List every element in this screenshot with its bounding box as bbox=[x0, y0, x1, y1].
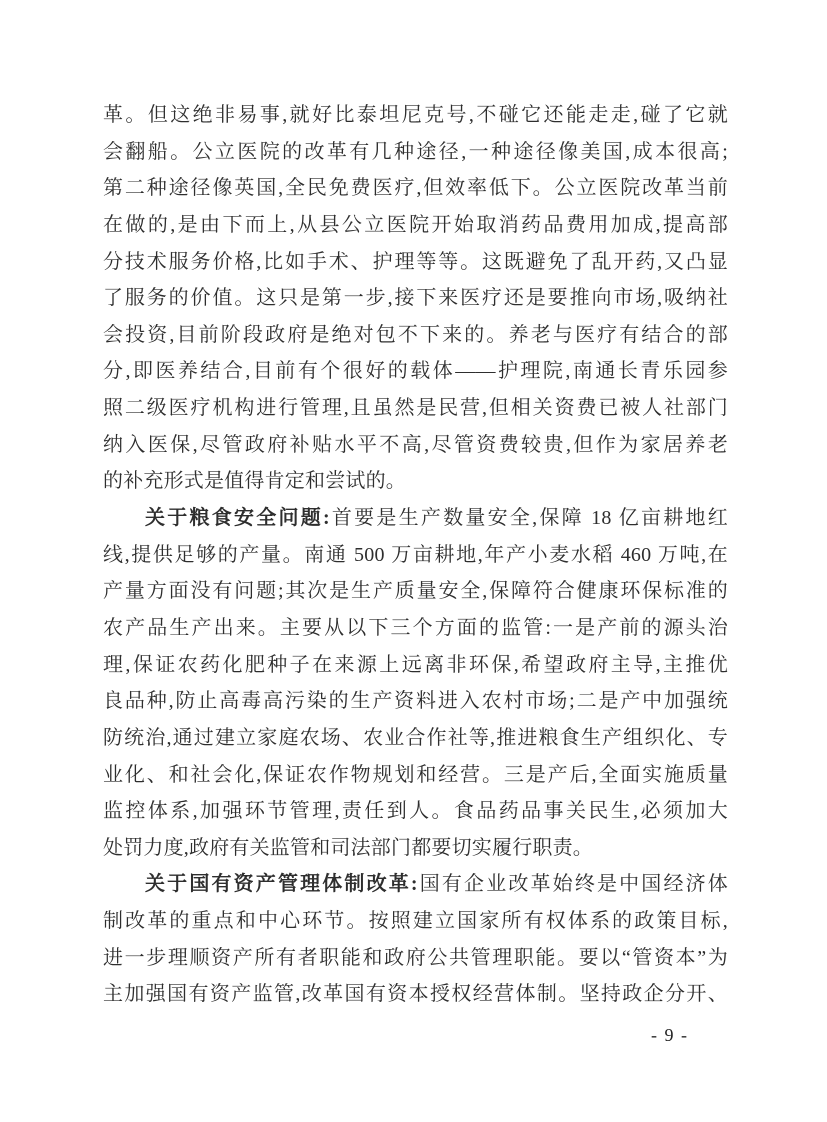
line-text: 第二种途径像英国,全民免费医疗,但效率低下。公立医院改革当前 bbox=[103, 177, 728, 199]
text-line: 照二级医疗机构进行管理,且虽然是民营,但相关资费已被人社部门 bbox=[103, 390, 728, 427]
text-line: 了服务的价值。这只是第一步,接下来医疗还是要推向市场,吸纳社 bbox=[103, 280, 728, 317]
text-line: 分,即医养结合,目前有个很好的载体——护理院,南通长青乐园参 bbox=[103, 353, 728, 390]
text-line: 革。但这绝非易事,就好比泰坦尼克号,不碰它还能走走,碰了它就 bbox=[103, 97, 728, 134]
line-text: 会投资,目前阶段政府是绝对包不下来的。养老与医疗有结合的部 bbox=[103, 324, 728, 346]
line-text: 的补充形式是值得肯定和尝试的。 bbox=[103, 470, 406, 492]
text-line: 进一步理顺资产所有者职能和政府公共管理职能。要以“管资本”为 bbox=[103, 940, 728, 977]
text-line: 良品种,防止高毒高污染的生产资料进入农村市场;二是产中加强统 bbox=[103, 683, 728, 720]
line-text: 监控体系,加强环节管理,责任到人。食品药品事关民生,必须加大 bbox=[103, 800, 728, 822]
line-text: 在做的,是由下而上,从县公立医院开始取消药品费用加成,提高部 bbox=[103, 214, 728, 236]
text-line: 监控体系,加强环节管理,责任到人。食品药品事关民生,必须加大 bbox=[103, 793, 728, 830]
text-line: 会翻船。公立医院的改革有几种途径,一种途径像美国,成本很高; bbox=[103, 134, 728, 171]
text-line: 产量方面没有问题;其次是生产质量安全,保障符合健康环保标准的 bbox=[103, 573, 728, 610]
paragraph-last-line: 处罚力度,政府有关监管和司法部门都要切实履行职责。 bbox=[103, 830, 728, 867]
line-text: 理,保证农药化肥种子在来源上远离非环保,希望政府主导,主推优 bbox=[103, 654, 728, 676]
text-line: 农产品生产出来。主要从以下三个方面的监管:一是产前的源头治 bbox=[103, 610, 728, 647]
line-text: 产量方面没有问题;其次是生产质量安全,保障符合健康环保标准的 bbox=[103, 580, 728, 602]
line-text: 农产品生产出来。主要从以下三个方面的监管:一是产前的源头治 bbox=[103, 617, 728, 639]
document-page: 革。但这绝非易事,就好比泰坦尼克号,不碰它还能走走,碰了它就 会翻船。公立医院的… bbox=[0, 0, 827, 1122]
text-line: 在做的,是由下而上,从县公立医院开始取消药品费用加成,提高部 bbox=[103, 207, 728, 244]
line-text: 线,提供足够的产量。南通 500 万亩耕地,年产小麦水稻 460 万吨,在 bbox=[103, 544, 728, 566]
line-text: 良品种,防止高毒高污染的生产资料进入农村市场;二是产中加强统 bbox=[103, 690, 728, 712]
text-line: 第二种途径像英国,全民免费医疗,但效率低下。公立医院改革当前 bbox=[103, 170, 728, 207]
text-line: 线,提供足够的产量。南通 500 万亩耕地,年产小麦水稻 460 万吨,在 bbox=[103, 537, 728, 574]
line-text: 业化、和社会化,保证农作物规划和经营。三是产后,全面实施质量 bbox=[103, 764, 728, 786]
text-line: 制改革的重点和中心环节。按照建立国家所有权体系的政策目标, bbox=[103, 903, 728, 940]
page-number: - 9 - bbox=[651, 1025, 689, 1046]
text-line: 业化、和社会化,保证农作物规划和经营。三是产后,全面实施质量 bbox=[103, 757, 728, 794]
paragraph-heading: 关于粮食安全问题: bbox=[145, 507, 330, 529]
paragraph-start-line: 关于国有资产管理体制改革:国有企业改革始终是中国经济体 bbox=[103, 866, 728, 903]
line-text: 处罚力度,政府有关监管和司法部门都要切实履行职责。 bbox=[103, 837, 593, 859]
text-line: 纳入医保,尽管政府补贴水平不高,尽管资费较贵,但作为家居养老 bbox=[103, 427, 728, 464]
text-line: 理,保证农药化肥种子在来源上远离非环保,希望政府主导,主推优 bbox=[103, 647, 728, 684]
line-text: 会翻船。公立医院的改革有几种途径,一种途径像美国,成本很高; bbox=[103, 141, 728, 163]
line-text: 分技术服务价格,比如手术、护理等等。这既避免了乱开药,又凸显 bbox=[103, 251, 728, 273]
paragraph-heading: 关于国有资产管理体制改革: bbox=[145, 873, 418, 895]
line-text: 进一步理顺资产所有者职能和政府公共管理职能。要以“管资本”为 bbox=[103, 947, 728, 969]
line-text: 照二级医疗机构进行管理,且虽然是民营,但相关资费已被人社部门 bbox=[103, 397, 728, 419]
line-text: 主加强国有资产监管,改革国有资本授权经营体制。坚持政企分开、 bbox=[103, 983, 728, 1005]
line-text: 分,即医养结合,目前有个很好的载体——护理院,南通长青乐园参 bbox=[103, 360, 728, 382]
line-text: 国有企业改革始终是中国经济体 bbox=[418, 873, 728, 895]
text-line: 防统治,通过建立家庭农场、农业合作社等,推进粮食生产组织化、专 bbox=[103, 720, 728, 757]
line-text: 制改革的重点和中心环节。按照建立国家所有权体系的政策目标, bbox=[103, 910, 728, 932]
line-text: 革。但这绝非易事,就好比泰坦尼克号,不碰它还能走走,碰了它就 bbox=[103, 104, 728, 126]
line-text: 防统治,通过建立家庭农场、农业合作社等,推进粮食生产组织化、专 bbox=[103, 727, 728, 749]
text-line: 会投资,目前阶段政府是绝对包不下来的。养老与医疗有结合的部 bbox=[103, 317, 728, 354]
line-text: 首要是生产数量安全,保障 18 亿亩耕地红 bbox=[330, 507, 728, 529]
paragraph-last-line: 的补充形式是值得肯定和尝试的。 bbox=[103, 463, 728, 500]
line-text: 纳入医保,尽管政府补贴水平不高,尽管资费较贵,但作为家居养老 bbox=[103, 434, 728, 456]
line-text: 了服务的价值。这只是第一步,接下来医疗还是要推向市场,吸纳社 bbox=[103, 287, 728, 309]
text-line: 主加强国有资产监管,改革国有资本授权经营体制。坚持政企分开、 bbox=[103, 976, 728, 1013]
text-line: 分技术服务价格,比如手术、护理等等。这既避免了乱开药,又凸显 bbox=[103, 244, 728, 281]
paragraph-start-line: 关于粮食安全问题:首要是生产数量安全,保障 18 亿亩耕地红 bbox=[103, 500, 728, 537]
text-block: 革。但这绝非易事,就好比泰坦尼克号,不碰它还能走走,碰了它就 会翻船。公立医院的… bbox=[103, 97, 728, 1013]
